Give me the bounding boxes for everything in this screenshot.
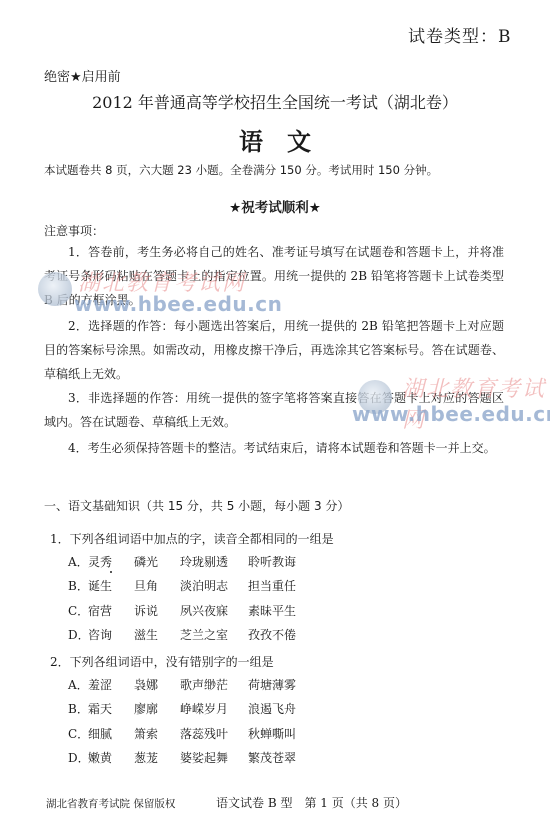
note-text: 3．非选择题的作答：用统一提供的签字笔将答案直接答在答题卡上对应的答题区域内。答… <box>44 391 504 429</box>
option-word: 婆娑起舞 <box>180 749 248 766</box>
option-word: 荷塘薄雾 <box>248 676 318 693</box>
option-letter: C． <box>68 602 88 619</box>
option-word: 诉说 <box>134 602 180 619</box>
option-word: 滋生 <box>134 626 180 643</box>
note-item-3: 3．非选择题的作答：用统一提供的签字笔将答案直接答在答题卡上对应的答题区域内。答… <box>44 386 504 434</box>
option-word: 秋蝉嘶叫 <box>248 725 318 742</box>
option-word: 玲珑剔透 <box>180 553 248 570</box>
option-word: 繁茂苍翠 <box>248 749 318 766</box>
note-text: 4．考生必须保持答题卡的整洁。考试结束后，请将本试题卷和答题卡一并上交。 <box>68 441 496 455</box>
option-row: D． 嫩黄 葱茏 婆娑起舞 繁茂苍翠 <box>68 746 318 771</box>
exam-intro: 本试题卷共 8 页，六大题 23 小题。全卷满分 150 分。考试用时 150 … <box>44 162 438 178</box>
question-stem: 1．下列各组词语中加点的字，读音全都相同的一组是 <box>50 530 334 547</box>
footer-copyright: 湖北省教育考试院 保留版权 <box>46 796 175 811</box>
option-word: 磷光 <box>134 553 180 570</box>
option-word: 廖廓 <box>134 700 180 717</box>
option-word: 宿营 <box>88 602 134 619</box>
option-word: 峥嵘岁月 <box>180 700 248 717</box>
note-item-1: 1．答卷前，考生务必将自己的姓名、准考证号填写在试题卷和答题卡上，并将准考证号条… <box>44 240 504 312</box>
option-word: 箫索 <box>134 725 180 742</box>
option-word: 葱茏 <box>134 749 180 766</box>
option-letter: B． <box>68 700 88 717</box>
footer-page-info: 语文试卷 B 型 第 1 页（共 8 页） <box>216 794 407 811</box>
option-word: 淡泊明志 <box>180 577 248 594</box>
option-word: 羞涩 <box>88 676 134 693</box>
option-letter: A． <box>68 676 88 693</box>
option-letter: C． <box>68 725 88 742</box>
note-item-2: 2．选择题的作答：每小题选出答案后，用统一提供的 2B 铅笔把答题卡上对应题目的… <box>44 314 504 386</box>
exam-title: 2012 年普通高等学校招生全国统一考试（湖北卷） <box>0 90 550 113</box>
option-row: C． 细腻 箫索 落蕊残叶 秋蝉嘶叫 <box>68 721 318 746</box>
option-row: B． 霜天 廖廓 峥嵘岁月 浪遏飞舟 <box>68 697 318 722</box>
option-letter: D． <box>68 749 88 766</box>
option-word: 咨询 <box>88 626 134 643</box>
option-row: B． 诞生 旦角 淡泊明志 担当重任 <box>68 574 318 599</box>
option-word: 落蕊残叶 <box>180 725 248 742</box>
note-item-4: 4．考生必须保持答题卡的整洁。考试结束后，请将本试题卷和答题卡一并上交。 <box>44 436 504 460</box>
question-stem: 2．下列各组词语中，没有错别字的一组是 <box>50 653 274 670</box>
option-word: 担当重任 <box>248 577 318 594</box>
option-letter: A． <box>68 553 88 570</box>
option-word: 灵秀 <box>88 553 134 570</box>
paper-type-label: 试卷类型：B <box>408 22 512 47</box>
note-text: 1．答卷前，考生务必将自己的姓名、准考证号填写在试题卷和答题卡上，并将准考证号条… <box>44 245 504 307</box>
secret-label: 绝密★启用前 <box>44 66 121 85</box>
option-row: A． 羞涩 袅娜 歌声缈茫 荷塘薄雾 <box>68 672 318 697</box>
option-word: 袅娜 <box>134 676 180 693</box>
option-word: 旦角 <box>134 577 180 594</box>
notes-heading: 注意事项： <box>44 222 104 239</box>
subject-title: 语文 <box>0 122 550 157</box>
note-text: 2．选择题的作答：每小题选出答案后，用统一提供的 2B 铅笔把答题卡上对应题目的… <box>44 319 504 381</box>
option-word: 芝兰之室 <box>180 626 248 643</box>
option-list: A． 灵秀 磷光 玲珑剔透 聆听教诲 B． 诞生 旦角 淡泊明志 担当重任 C．… <box>68 549 318 647</box>
blessing-text: ★祝考试顺利★ <box>0 196 550 216</box>
option-letter: D． <box>68 626 88 643</box>
option-word: 歌声缈茫 <box>180 676 248 693</box>
option-row: A． 灵秀 磷光 玲珑剔透 聆听教诲 <box>68 549 318 574</box>
option-word: 浪遏飞舟 <box>248 700 318 717</box>
option-word: 细腻 <box>88 725 134 742</box>
option-word: 夙兴夜寐 <box>180 602 248 619</box>
option-word: 孜孜不倦 <box>248 626 318 643</box>
option-row: D． 咨询 滋生 芝兰之室 孜孜不倦 <box>68 623 318 648</box>
option-word: 聆听教诲 <box>248 553 318 570</box>
option-word: 霜天 <box>88 700 134 717</box>
option-list: A． 羞涩 袅娜 歌声缈茫 荷塘薄雾 B． 霜天 廖廓 峥嵘岁月 浪遏飞舟 C．… <box>68 672 318 770</box>
option-word: 诞生 <box>88 577 134 594</box>
option-word: 嫩黄 <box>88 749 134 766</box>
option-letter: B． <box>68 577 88 594</box>
option-word: 素昧平生 <box>248 602 318 619</box>
section-heading: 一、语文基础知识（共 15 分，共 5 小题，每小题 3 分） <box>44 497 349 514</box>
option-row: C． 宿营 诉说 夙兴夜寐 素昧平生 <box>68 598 318 623</box>
